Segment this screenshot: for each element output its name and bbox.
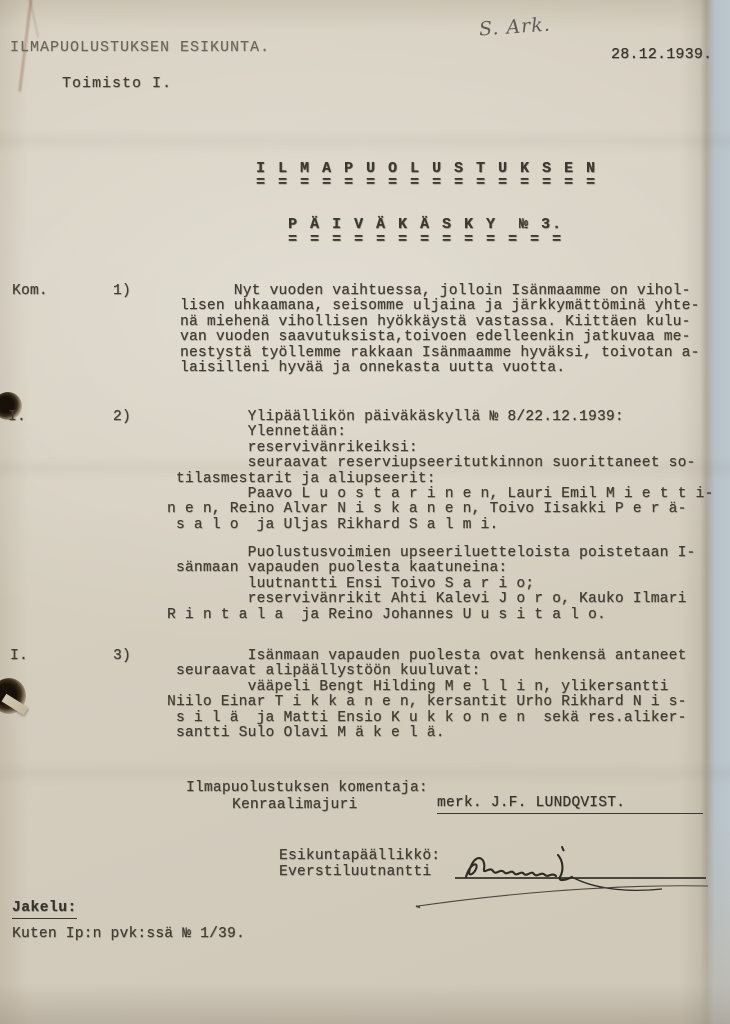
paragraph-number: 3): [113, 649, 131, 664]
commander-role: Ilmapuolustuksen komentaja:: [186, 781, 428, 796]
commander-rank: Kenraalimajuri: [232, 798, 357, 813]
document-title-underline: = = = = = = = = = = = = = = = =: [256, 174, 597, 191]
paragraph-number: 1): [113, 284, 131, 299]
office-name: ILMAPUOLUSTUKSEN ESIKUNTA.: [10, 40, 270, 55]
paragraph-label: Kom.: [12, 284, 48, 299]
paragraph-body: Nyt vuoden vaihtuessa, jolloin Isänmaamm…: [180, 284, 700, 376]
office-unit: Toimisto I.: [62, 76, 172, 91]
paragraph-body: Ylipäällikön päiväkäskyllä № 8/22.12.193…: [167, 410, 713, 533]
distribution-heading: Jakelu:: [12, 901, 77, 919]
paragraph-body: Isänmaan vapauden puolesta ovat henkensä…: [167, 649, 687, 741]
order-title-underline: = = = = = = = = = = = = =: [288, 231, 563, 248]
commander-signature-typed: merk. J.F. LUNDQVIST.: [437, 796, 703, 814]
paragraph-label: I.: [10, 649, 28, 664]
paper-crease: [0, 128, 730, 154]
paragraph-number: 2): [113, 410, 131, 425]
document-page: ILMAPUOLUSTUKSEN ESIKUNTA. Toimisto I. 2…: [0, 0, 730, 1024]
paragraph-body: Puolustusvoimien upseeriluetteloista poi…: [167, 546, 696, 623]
document-date: 28.12.1939.: [611, 47, 712, 62]
signature-ink: [400, 836, 730, 918]
paragraph-label: I.: [8, 410, 26, 425]
archive-note-handwritten: S. Ark.: [478, 14, 551, 41]
ink-stain: [29, 0, 39, 38]
distribution-line: Kuten Ip:n pvk:ssä № 1/39.: [12, 927, 245, 942]
